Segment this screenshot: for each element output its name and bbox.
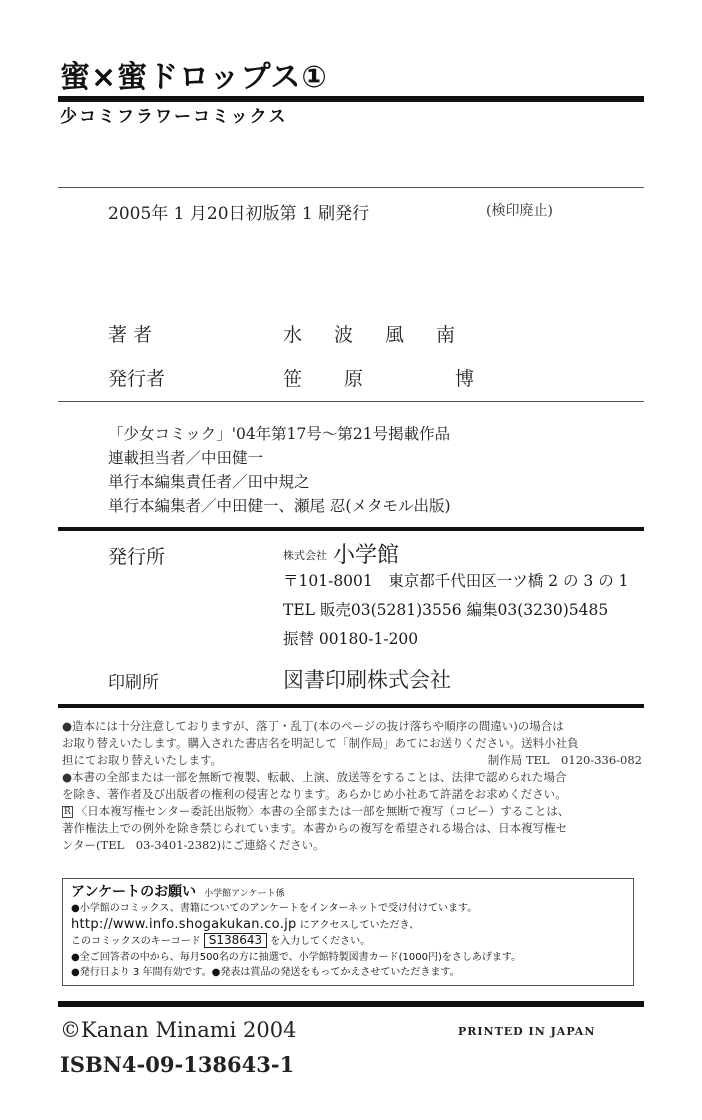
keycode-box: S138643 [204, 933, 267, 948]
survey-line: ●発行日より 3 年間有効です。●発表は賞品の発送をもってかえさせていただきます… [71, 965, 625, 981]
credit-line: 連載担当者／中田健一 [108, 446, 451, 470]
stamp-note: (検印廃止) [486, 200, 553, 220]
publisher-name: 小学館 [333, 543, 399, 568]
credit-line: 単行本編集者／中田健一、瀬尾 忍(メタモル出版) [108, 494, 451, 518]
survey-url-suffix: にアクセスしていただき、 [300, 920, 419, 931]
survey-line: ●全ご回答者の中から、毎月500名の方に抽選で、小学館特製図書カード(1000円… [71, 950, 625, 966]
notice-row: 担にてお取り替えいたします。 制作局 TEL 0120-336-082 [62, 752, 648, 769]
divider [58, 527, 644, 531]
survey-dept: 小学館アンケート係 [204, 889, 284, 899]
notice-line: お取り替えいたします。購入された書店名を明記して「制作局」あてにお送りください。… [62, 735, 648, 752]
divider [58, 401, 644, 402]
notice-line: 担にてお取り替えいたします。 [62, 753, 222, 767]
survey-url-row: http://www.info.shogakukan.co.jp にアクセスして… [71, 917, 625, 934]
publisher-label: 発行所 [108, 542, 165, 569]
credit-line: 単行本編集責任者／田中規之 [108, 470, 451, 494]
survey-title: アンケートのお願い [71, 884, 196, 900]
survey-keycode-row: このコミックスのキーコードS138643を入力してください。 [71, 933, 625, 950]
printed-in: PRINTED IN JAPAN [458, 1025, 595, 1038]
keycode-suffix: を入力してください。 [270, 936, 370, 947]
copyright: ©Kanan Minami 2004 [60, 1018, 296, 1042]
credits-block: 「少女コミック」'04年第17号～第21号掲載作品 連載担当者／中田健一 単行本… [108, 422, 451, 518]
publisher-person-label: 発行者 [108, 364, 165, 391]
author-name: 水波風南 [283, 320, 487, 347]
notice-row: R〈日本複写権センター委託出版物〉本書の全部または一部を無断で複写（コピー）する… [62, 803, 648, 820]
author-label: 著 者 [108, 320, 152, 347]
printer-name: 図書印刷株式会社 [283, 664, 451, 694]
keycode-prefix: このコミックスのキーコード [71, 936, 201, 947]
book-title: 蜜×蜜ドロップス① [60, 52, 328, 96]
survey-header: アンケートのお願い小学館アンケート係 [71, 881, 625, 901]
notice-line: 著作権法上での例外を除き禁じられています。本書からの複写を希望される場合は、日本… [62, 820, 648, 837]
production-tel: 制作局 TEL 0120-336-082 [488, 752, 642, 769]
legal-notice: ●造本には十分注意しておりますが、落丁・乱丁(本のページの抜け落ちや順序の間違い… [62, 718, 648, 854]
printer-label: 印刷所 [108, 668, 159, 693]
publication-date: 2005年 1 月20日初版第 1 刷発行 [108, 199, 369, 224]
notice-line: ●本書の全部または一部を無断で複製、転載、上演、放送等をすることは、法律で認めら… [62, 769, 648, 786]
footer-rule [58, 1001, 644, 1007]
notice-line: ンター(TEL 03-3401-2382)にご連絡ください。 [62, 837, 648, 854]
survey-line: ●小学館のコミックス、書籍についてのアンケートをインターネットで受け付けています… [71, 901, 625, 917]
publisher-transfer: 振替 00180-1-200 [283, 626, 418, 653]
isbn: ISBN4-09-138643-1 [60, 1052, 294, 1077]
credit-line: 「少女コミック」'04年第17号～第21号掲載作品 [108, 422, 451, 446]
publisher-tel: TEL 販売03(5281)3556 編集03(3230)5485 [283, 597, 608, 624]
publisher-address: 〒101-8001 東京都千代田区一ツ橋 2 の 3 の 1 [283, 568, 629, 595]
divider [58, 704, 644, 708]
notice-line: を除き、著作者及び出版者の権利の侵害となります。あらかじめ小社あて許諾をお求めく… [62, 786, 648, 803]
publisher-person-family-name: 笹 原 [283, 364, 381, 391]
survey-url-link[interactable]: http://www.info.shogakukan.co.jp [71, 917, 297, 932]
series-name: 少コミフラワーコミックス [60, 102, 288, 127]
publisher-person-given-name: 博 [455, 364, 474, 391]
corp-prefix: 株式会社 [283, 549, 327, 562]
publisher-name-row: 株式会社小学館 [283, 538, 399, 569]
survey-box: アンケートのお願い小学館アンケート係 ●小学館のコミックス、書籍についてのアンケ… [62, 878, 634, 986]
notice-line: ●造本には十分注意しておりますが、落丁・乱丁(本のページの抜け落ちや順序の間違い… [62, 718, 648, 735]
notice-line: 〈日本複写権センター委託出版物〉本書の全部または一部を無断で複写（コピー）するこ… [76, 804, 570, 818]
registered-mark-icon: R [62, 806, 73, 818]
divider [58, 187, 644, 188]
